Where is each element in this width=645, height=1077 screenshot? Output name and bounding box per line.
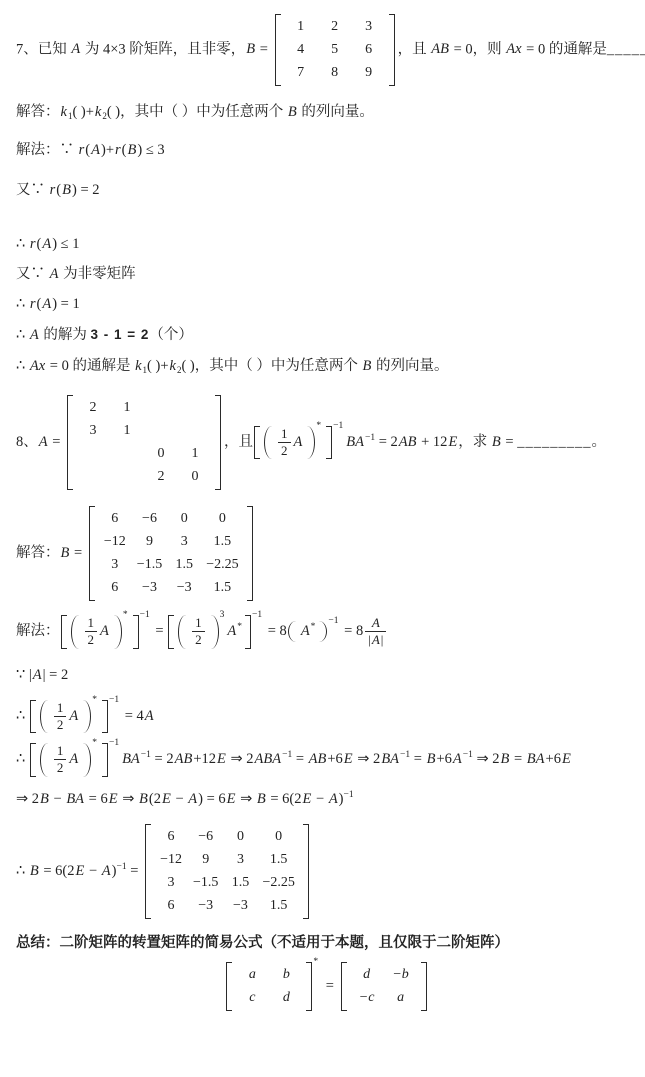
superscript: −1	[141, 750, 151, 760]
matrix-cells: 6−600−12931.53−1.51.5−2.256−3−31.5	[95, 506, 247, 601]
matrix-cell: 6	[352, 43, 386, 57]
math-variable: B	[60, 545, 71, 561]
matrix-bracket-right	[247, 506, 253, 601]
math-variable: A	[38, 434, 49, 450]
math-text: ⇒ 2	[354, 751, 381, 767]
math-text: ∴	[16, 708, 29, 724]
denominator: 2	[278, 442, 291, 459]
matrix: d−b−ca	[341, 962, 427, 1011]
math-text: =	[256, 41, 271, 57]
p7-step-a-nonzero: 又∵ A 为非零矩阵	[16, 264, 637, 285]
right-delimiter	[83, 743, 91, 777]
matrix-cell	[144, 401, 178, 415]
bracket-group: 12A*−1	[30, 700, 120, 734]
bracket-group: 123A*−1	[168, 615, 263, 649]
math-text: −	[50, 791, 65, 807]
math-text: ⇒	[236, 791, 255, 807]
matrix-cell: 9	[188, 853, 223, 867]
math-text: 1	[281, 426, 288, 441]
denominator: 2	[54, 759, 67, 776]
matrix-cell: −6	[132, 512, 167, 526]
summary-formula: abcd* = d−b−ca	[16, 960, 637, 1013]
p8-step-equals-4a: ∴ 12A*−1 = 4A	[16, 700, 637, 734]
matrix-bracket-right	[421, 962, 427, 1011]
numerator: 1	[54, 700, 67, 716]
matrix-cell: 8	[318, 66, 352, 80]
math-text: 又∵	[16, 266, 49, 282]
matrix-cell: a	[235, 968, 269, 982]
matrix-cell: 3	[352, 20, 386, 34]
matrix-cell: 9	[352, 66, 386, 80]
math-variable: k	[60, 104, 68, 120]
matrix-cell: −3	[132, 581, 167, 595]
bracket-group: 12A*−1	[61, 615, 151, 649]
paren-group: 12A*	[40, 700, 98, 734]
matrix-cell: −b	[384, 968, 418, 982]
math-variable: A	[32, 667, 43, 683]
math-text: ∴	[16, 358, 29, 374]
math-variable: A	[49, 266, 60, 282]
p8-final-result: ∴ B = 6(2E − A)−1 = 6−600−12931.53−1.51.…	[16, 822, 637, 921]
math-text: = 2	[375, 434, 398, 450]
math-text: ) = 6	[198, 791, 226, 807]
math-variable: B	[61, 182, 72, 198]
matrix-cell: 3	[98, 558, 132, 572]
matrix-superscript: *	[313, 958, 318, 968]
math-variable: B	[361, 358, 372, 374]
math-text: =	[152, 623, 167, 639]
left-delimiter	[254, 426, 260, 460]
fence-superscript: −1	[140, 611, 150, 621]
p8-step-det-a: ∵ |A| = 2	[16, 665, 637, 686]
math-text: ∴	[16, 327, 29, 343]
p7-step-rank-a-le-1: ∴ r(A) ≤ 1	[16, 234, 637, 255]
p7-conclusion: ∴ Ax = 0 的通解是 k1( )+k2( )，其中（ ）中为任意两个 B …	[16, 356, 637, 377]
math-text: +6	[327, 751, 342, 767]
left-delimiter	[30, 700, 36, 734]
math-text: ∴	[16, 236, 29, 252]
math-variable: A	[90, 142, 101, 158]
answer-blank: ________	[607, 41, 645, 57]
matrix-cell: c	[235, 991, 269, 1005]
superscript: −1	[365, 433, 375, 443]
matrix-cell: 1	[110, 424, 144, 438]
math-variable: A	[41, 236, 52, 252]
emphasis-number: 3 - 1 = 2	[90, 327, 149, 342]
matrix-cell: 2	[144, 470, 178, 484]
matrix-cell: −2.25	[257, 876, 299, 890]
math-text: =	[127, 863, 142, 879]
math-text: 2	[281, 443, 288, 458]
math-variable: A	[328, 791, 339, 807]
math-variable: ABA	[254, 751, 283, 767]
fence-body: 12A	[81, 615, 112, 649]
denominator: 2	[192, 631, 205, 648]
math-variable: A	[144, 708, 155, 724]
math-text: ) = 1	[52, 296, 80, 312]
problem8-answer: 解答：B = 6−600−12931.53−1.51.5−2.256−3−31.…	[16, 504, 637, 603]
math-text: (2	[149, 791, 161, 807]
left-delimiter	[264, 426, 272, 460]
math-text: ∵ |	[16, 667, 32, 683]
math-variable: Ax	[29, 358, 46, 374]
matrix-bracket-right	[215, 395, 221, 490]
math-text: 2	[195, 632, 202, 647]
math-variable: A	[452, 751, 463, 767]
matrix-cell: 9	[132, 535, 167, 549]
math-variable: B	[245, 41, 256, 57]
math-text: ⇒ 2	[473, 751, 500, 767]
math-text: )+	[101, 142, 114, 158]
matrix-cell: −6	[188, 830, 223, 844]
matrix-cell: 7	[284, 66, 318, 80]
math-variable: BA	[526, 751, 546, 767]
math-text: ⇒	[119, 791, 138, 807]
math-text: + 12	[418, 434, 448, 450]
matrix-cell: 3	[167, 535, 201, 549]
matrix-cells: abcd	[232, 962, 306, 1011]
right-delimiter	[211, 615, 219, 649]
math-text: 解答：	[16, 545, 60, 561]
math-variable: A	[293, 434, 304, 450]
matrix: 6−600−12931.53−1.51.5−2.256−3−31.5	[145, 824, 309, 919]
fence-superscript: −1	[328, 617, 338, 627]
math-variable: E	[108, 791, 119, 807]
matrix-bracket-right	[306, 962, 312, 1011]
matrix-cell: 1.5	[257, 899, 299, 913]
matrix-cell: 5	[318, 43, 352, 57]
matrix-cell: −3	[188, 899, 223, 913]
answer-blank: _________	[517, 434, 591, 450]
math-text: |	[381, 632, 384, 647]
left-delimiter	[71, 615, 79, 649]
paren-group: A*−1	[288, 621, 340, 642]
math-text: ( )+	[147, 358, 168, 374]
math-text: 1	[57, 700, 64, 715]
fence-superscript: 3	[220, 611, 225, 621]
math-variable: E	[447, 434, 458, 450]
fraction: 12	[278, 426, 291, 460]
matrix-cell: 1.5	[257, 853, 299, 867]
superscript: *	[237, 622, 242, 632]
math-text: 又∵	[16, 182, 49, 198]
math-text: ∴	[16, 296, 29, 312]
matrix-cell: 3	[154, 876, 188, 890]
fence-superscript: −1	[252, 611, 262, 621]
math-text: ( )+	[72, 104, 93, 120]
math-text: 1	[88, 615, 95, 630]
math-variable: A	[226, 623, 237, 639]
math-variable: A	[99, 623, 110, 639]
math-variable: E	[343, 751, 354, 767]
math-text: = 8	[264, 623, 287, 639]
math-text: ⇒ 2	[227, 751, 254, 767]
math-variable: AB	[308, 751, 328, 767]
bracket-group: 12A*−1	[30, 743, 120, 777]
fence-superscript: −1	[109, 739, 119, 749]
math-text: 解法：∵	[16, 142, 78, 158]
math-variable: AB	[430, 41, 450, 57]
math-variable: E	[161, 791, 172, 807]
math-variable: B	[287, 104, 298, 120]
math-variable: E	[302, 791, 313, 807]
superscript: −1	[344, 790, 354, 800]
math-text: ⇒ 2	[16, 791, 39, 807]
matrix-cell: −12	[154, 853, 188, 867]
matrix-bracket-right	[389, 14, 395, 86]
fraction: A|A|	[365, 615, 386, 649]
matrix-cell: 6	[98, 581, 132, 595]
math-variable: E	[561, 751, 572, 767]
math-variable: B	[39, 791, 50, 807]
math-text: 8、	[16, 434, 38, 450]
matrix-cell: 3	[76, 424, 110, 438]
math-text: = 6(2	[40, 863, 75, 879]
math-variable: B	[256, 791, 267, 807]
math-text: ，且	[398, 41, 431, 57]
math-variable: A	[101, 863, 112, 879]
superscript: −1	[400, 750, 410, 760]
matrix-cell: 4	[284, 43, 318, 57]
matrix-cell: −1.5	[132, 558, 167, 572]
p8-step-equation-chain: ∴ 12A*−1BA−1 = 2AB+12E ⇒ 2ABA−1 = AB+6E …	[16, 743, 637, 777]
fraction: 12	[54, 700, 67, 734]
math-text: ) ≤ 1	[52, 236, 79, 252]
math-variable: BA	[380, 751, 400, 767]
fence-superscript: *	[92, 739, 97, 749]
summary-title: 总结：二阶矩阵的转置矩阵的简易公式（不适用于本题，且仅限于二阶矩阵）	[16, 933, 637, 954]
math-text: =	[322, 978, 337, 994]
matrix-cell: −12	[98, 535, 132, 549]
math-variable: r	[29, 236, 37, 252]
math-variable: BA	[65, 791, 85, 807]
math-variable: Ax	[505, 41, 522, 57]
left-delimiter	[40, 743, 48, 777]
right-delimiter	[326, 426, 332, 460]
math-text: = 0，则	[450, 41, 505, 57]
math-variable: E	[216, 751, 227, 767]
fence-body: 12A	[50, 700, 81, 734]
denominator: 2	[54, 716, 67, 733]
math-text: =	[70, 545, 85, 561]
superscript: *	[311, 622, 316, 632]
math-text: ，求	[458, 434, 491, 450]
matrix: 123456789	[275, 14, 395, 86]
math-variable: AB	[398, 434, 418, 450]
right-delimiter	[102, 700, 108, 734]
math-variable: r	[29, 296, 37, 312]
math-variable: E	[226, 791, 237, 807]
matrix-cell: a	[384, 991, 418, 1005]
math-variable: B	[29, 863, 40, 879]
fraction: 12	[54, 743, 67, 777]
p8-step-adjugate-simplify: 解法：12A*−1 = 123A*−1 = 8A*−1 = 8A|A|	[16, 615, 637, 649]
matrix-cell	[178, 424, 212, 438]
matrix-cell: 0	[178, 470, 212, 484]
matrix-cell: 2	[318, 20, 352, 34]
math-text: 7、已知	[16, 41, 70, 57]
fraction: 12	[192, 615, 205, 649]
math-variable: B	[491, 434, 502, 450]
fence-body: 12A*	[68, 615, 132, 649]
left-delimiter	[178, 615, 186, 649]
math-variable: k	[169, 358, 177, 374]
math-text: = 0 的通解是	[46, 358, 134, 374]
math-variable: B	[127, 142, 138, 158]
matrix-bracket-right	[303, 824, 309, 919]
math-text: （个）	[149, 327, 193, 343]
math-text: ( )，其中（ ）中为任意两个	[181, 358, 361, 374]
fence-superscript: *	[92, 696, 97, 706]
matrix-cell	[110, 470, 144, 484]
fraction: 12	[85, 615, 98, 649]
math-variable: r	[114, 142, 122, 158]
right-delimiter	[114, 615, 122, 649]
matrix-cell: 1.5	[201, 581, 243, 595]
fence-body: 12A*	[37, 743, 101, 777]
paren-group: 123	[178, 615, 225, 649]
math-text: 的列向量。	[298, 104, 374, 120]
matrix: 6−600−12931.53−1.51.5−2.256−3−31.5	[89, 506, 253, 601]
math-variable: k	[134, 358, 142, 374]
right-delimiter	[133, 615, 139, 649]
math-text: ，且	[224, 434, 253, 450]
math-text: 1	[195, 615, 202, 630]
math-text: | = 2	[43, 667, 69, 683]
math-text: 总结：二阶矩阵的转置矩阵的简易公式（不适用于本题，且仅限于二阶矩阵）	[16, 935, 509, 951]
matrix-cell: 1.5	[167, 558, 201, 572]
math-variable: A	[68, 708, 79, 724]
math-text: = 4	[121, 708, 144, 724]
superscript: −1	[282, 750, 292, 760]
math-text: −	[172, 791, 187, 807]
math-text: = 6	[85, 791, 108, 807]
math-variable: A	[41, 296, 52, 312]
fence-body: 12	[188, 615, 209, 649]
matrix-cell: 1	[178, 447, 212, 461]
right-delimiter	[245, 615, 251, 649]
fence-superscript: *	[123, 611, 128, 621]
p7-step-solution-count: ∴ A 的解为 3 - 1 = 2（个）	[16, 325, 637, 346]
paren-group: 12A*	[71, 615, 129, 649]
math-text: = 8	[341, 623, 364, 639]
p8-step-solve-b: ⇒ 2B − BA = 6E ⇒ B(2E − A) = 6E ⇒ B = 6(…	[16, 789, 637, 810]
math-variable: A	[300, 623, 311, 639]
matrix-cell	[144, 424, 178, 438]
p7-step-rank-b: 又∵ r(B) = 2	[16, 180, 637, 201]
math-variable: A	[68, 751, 79, 767]
matrix-cell: d	[269, 991, 303, 1005]
math-variable: BA	[121, 751, 141, 767]
math-text: =	[410, 751, 425, 767]
matrix-cell: 0	[201, 512, 243, 526]
numerator: 1	[54, 743, 67, 759]
math-text: +6	[436, 751, 451, 767]
fence-superscript: −1	[333, 422, 343, 432]
math-text: 2	[57, 717, 64, 732]
math-text: =	[49, 434, 64, 450]
math-variable: B	[426, 751, 437, 767]
math-text: (	[122, 142, 127, 158]
p7-step-rank-sum: 解法：∵ r(A)+r(B) ≤ 3	[16, 140, 637, 161]
p7-step-rank-a-eq-1: ∴ r(A) = 1	[16, 294, 637, 315]
matrix-cell: −1.5	[188, 876, 223, 890]
matrix-cells: 21310120	[73, 395, 215, 490]
matrix-cell: 6	[154, 830, 188, 844]
math-text: 2	[57, 760, 64, 775]
math-text: =	[292, 751, 307, 767]
denominator: |A|	[365, 631, 386, 648]
matrix-cell: −3	[223, 899, 257, 913]
matrix-cell: 1.5	[201, 535, 243, 549]
right-delimiter	[307, 426, 315, 460]
matrix-cell: 3	[223, 853, 257, 867]
document-page: 7、已知 A 为 4×3 阶矩阵，且非零，B = 123456789，且 AB …	[0, 0, 645, 1025]
left-delimiter	[30, 743, 36, 777]
math-text: −	[85, 863, 100, 879]
matrix-cell: 2	[76, 401, 110, 415]
matrix-cell: 6	[98, 512, 132, 526]
fence-superscript: *	[316, 422, 321, 432]
math-variable: A	[29, 327, 40, 343]
math-variable: B	[138, 791, 149, 807]
matrix-cell	[178, 401, 212, 415]
matrix-cell: 1.5	[223, 876, 257, 890]
problem8-statement: 8、A = 21310120，且12A*−1BA−1 = 2AB + 12E，求…	[16, 393, 637, 492]
math-text: = 2	[151, 751, 174, 767]
math-text: ∴	[16, 751, 29, 767]
matrix-cell	[76, 470, 110, 484]
math-text: 1	[57, 743, 64, 758]
math-variable: A	[371, 615, 381, 630]
matrix-cell: 0	[223, 830, 257, 844]
paren-group: 12A*	[264, 426, 322, 460]
fence-superscript: −1	[109, 696, 119, 706]
matrix-cell: d	[350, 968, 384, 982]
math-text: ( )，其中（ ）中为任意两个	[107, 104, 287, 120]
right-delimiter	[102, 743, 108, 777]
math-variable: B	[500, 751, 511, 767]
matrix-cell: 0	[257, 830, 299, 844]
left-delimiter	[40, 700, 48, 734]
bracket-group: 12A*−1	[254, 426, 344, 460]
superscript: −1	[116, 862, 126, 872]
math-text: 。	[591, 434, 606, 450]
left-delimiter	[168, 615, 174, 649]
problem7-answer: 解答：k1( )+k2( )，其中（ ）中为任意两个 B 的列向量。	[16, 102, 637, 123]
right-delimiter	[319, 621, 327, 642]
matrix-cell: 0	[167, 512, 201, 526]
fence-body: 12A*	[37, 700, 101, 734]
matrix-cells: 6−600−12931.53−1.51.5−2.256−3−31.5	[151, 824, 303, 919]
fence-body: 12A	[50, 743, 81, 777]
matrix-cells: 123456789	[281, 14, 389, 86]
math-text: 解答：	[16, 104, 60, 120]
left-delimiter	[61, 615, 67, 649]
math-text: = 0 的通解是	[523, 41, 607, 57]
matrix-cell: −2.25	[201, 558, 243, 572]
problem7-statement: 7、已知 A 为 4×3 阶矩阵，且非零，B = 123456789，且 AB …	[16, 12, 637, 88]
matrix-cell	[76, 447, 110, 461]
math-text: 的列向量。	[372, 358, 448, 374]
math-text: +6	[546, 751, 561, 767]
math-text: = 6(2	[267, 791, 302, 807]
numerator: 1	[192, 615, 205, 631]
fence-body: 123A*	[175, 615, 244, 649]
math-text: 的解为	[40, 327, 91, 343]
matrix-cell: 1	[110, 401, 144, 415]
math-text: 2	[88, 632, 95, 647]
